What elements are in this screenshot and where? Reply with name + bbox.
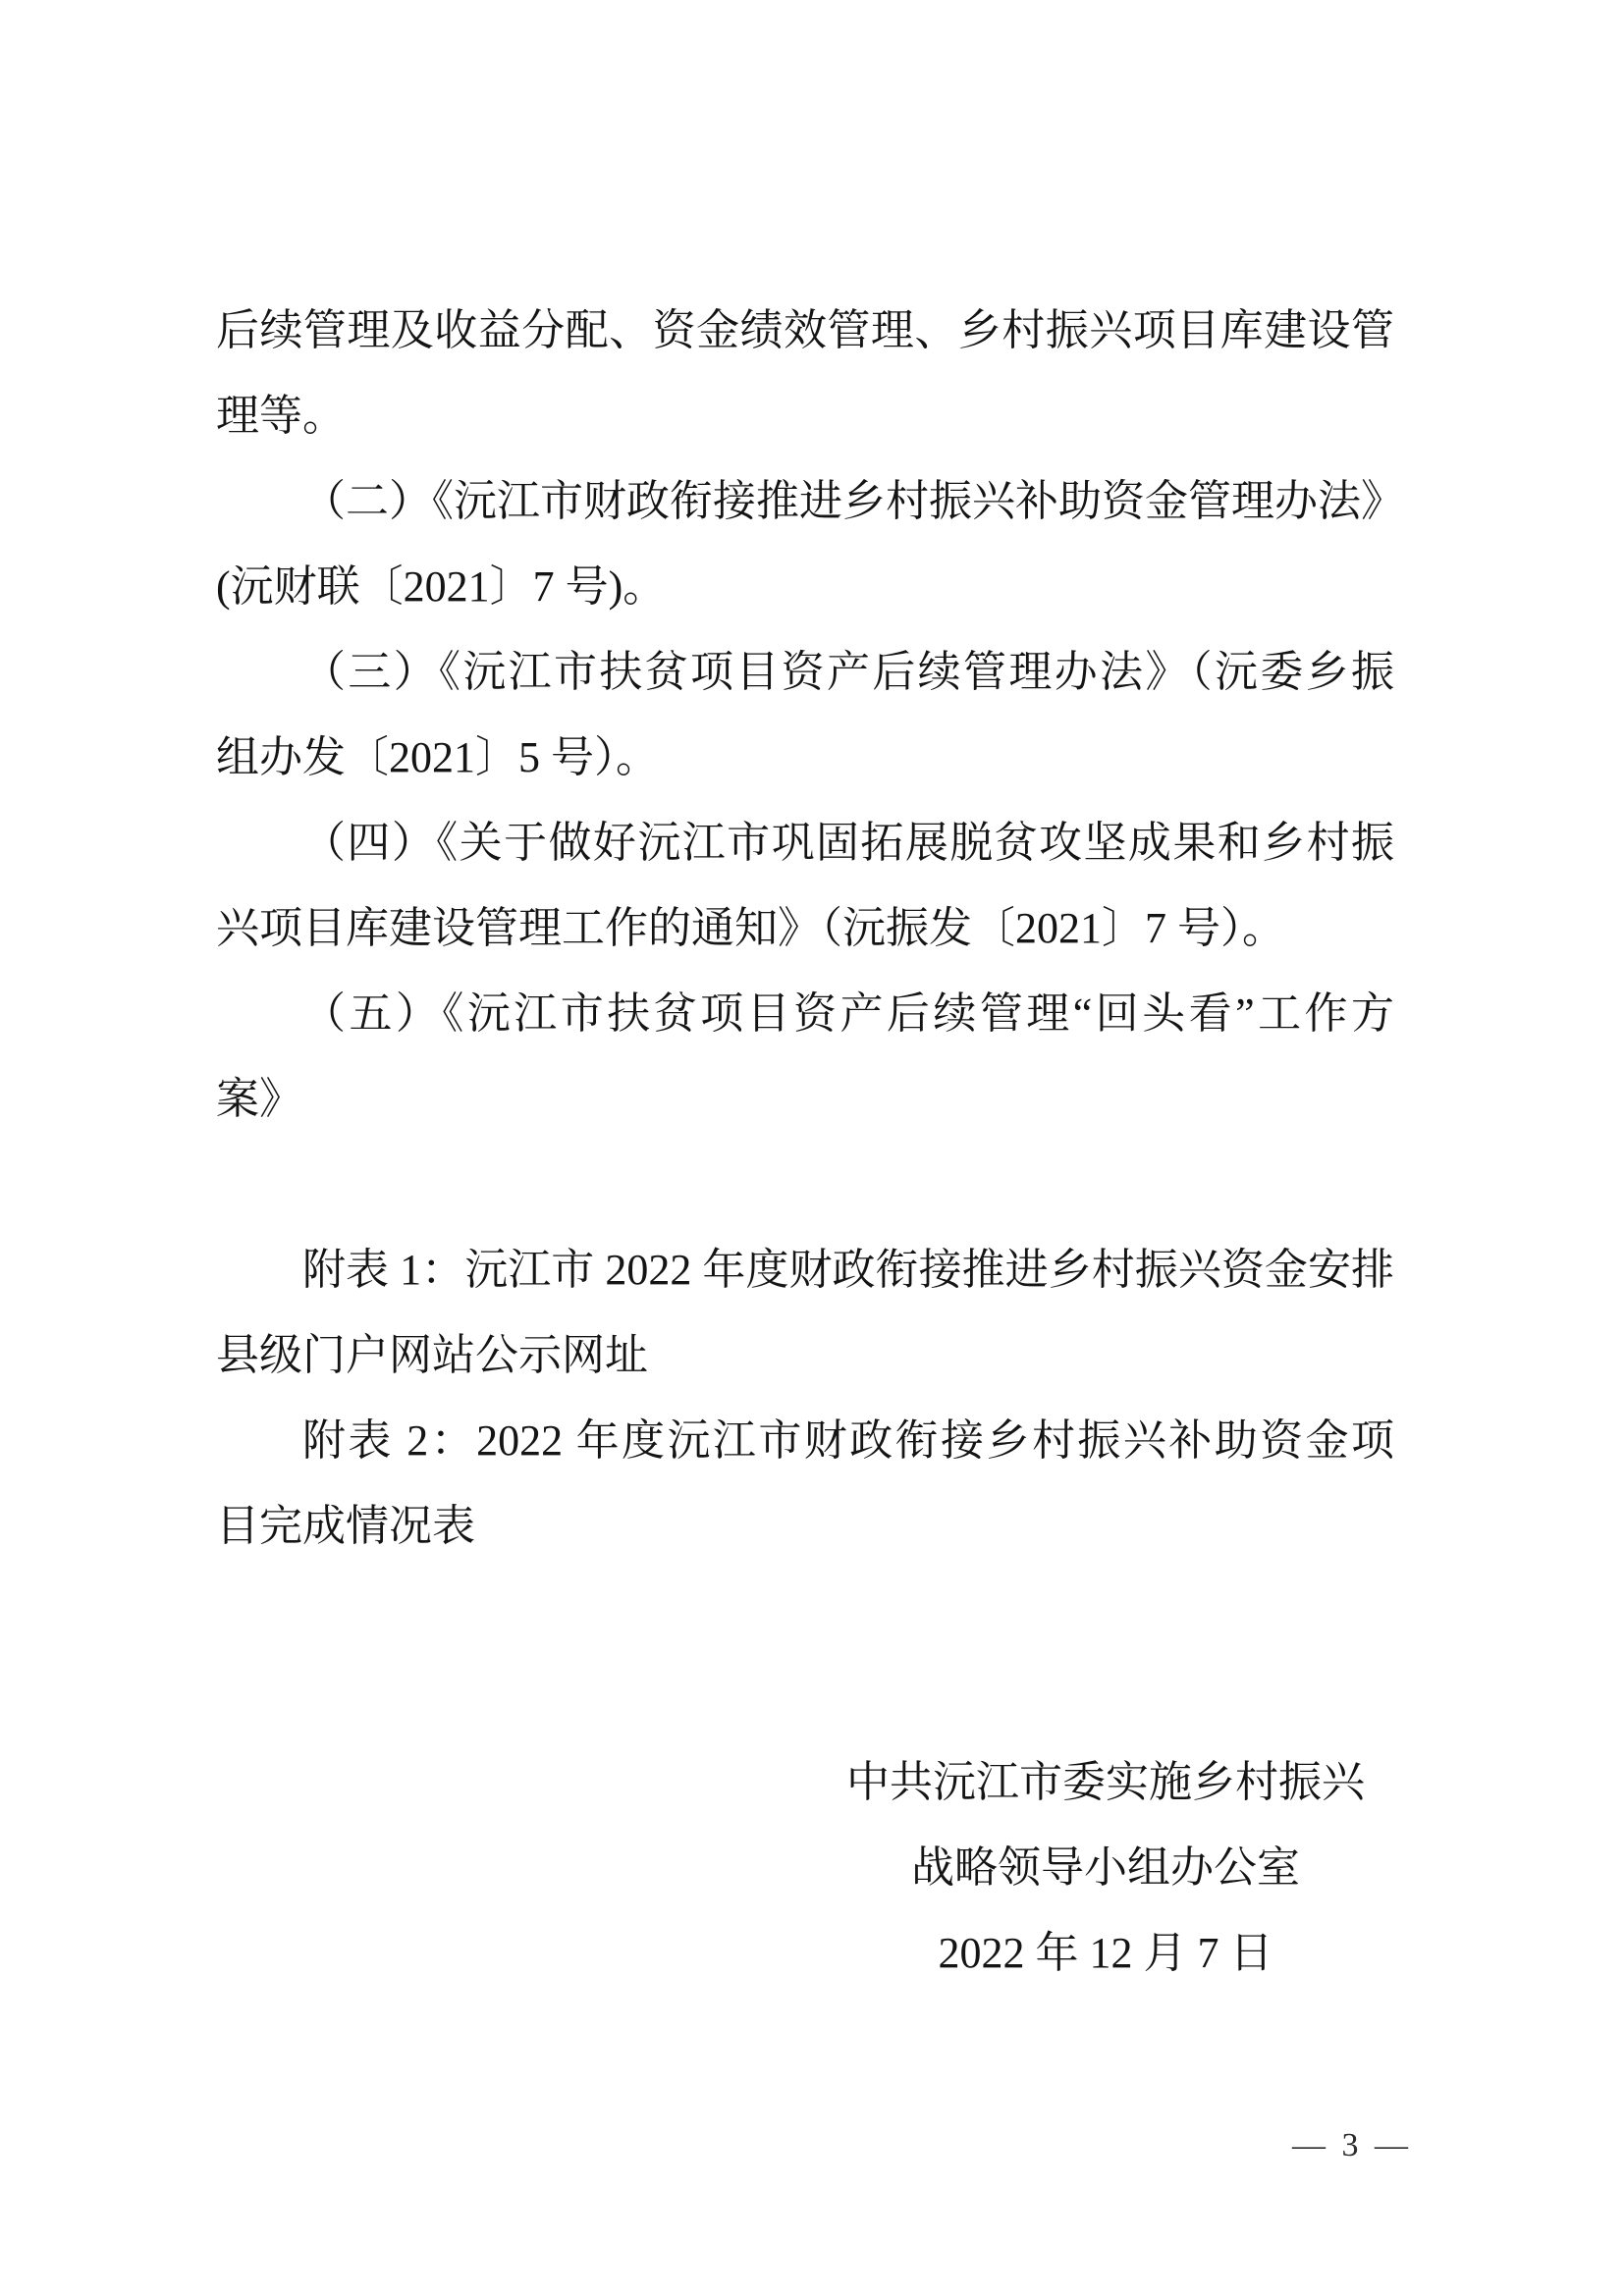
body-line: 理等。	[216, 373, 1394, 458]
body-line: （五）《沅江市扶贫项目资产后续管理“回头看”工作方	[216, 971, 1394, 1056]
body-line: 组办发〔2021〕5 号）。	[216, 715, 1394, 800]
signature-block: 中共沅江市委实施乡村振兴 战略领导小组办公室 2022 年 12 月 7 日	[811, 1739, 1400, 1996]
body-line: （四）《关于做好沅江市巩固拓展脱贫攻坚成果和乡村振	[216, 800, 1394, 885]
document-page: 后续管理及收益分配、资金绩效管理、乡村振兴项目库建设管 理等。 （二）《沅江市财…	[0, 0, 1624, 2296]
body-line: (沅财联〔2021〕7 号)。	[216, 544, 1394, 629]
body-line: （三）《沅江市扶贫项目资产后续管理办法》（沅委乡振	[216, 629, 1394, 715]
attachment-note-line: 附表 1：沅江市 2022 年度财政衔接推进乡村振兴资金安排	[216, 1227, 1394, 1312]
attachment-note-line: 县级门户网站公示网址	[216, 1312, 1394, 1398]
blank-line	[216, 1654, 1394, 1739]
attachment-note-line: 附表 2：2022 年度沅江市财政衔接乡村振兴补助资金项	[216, 1398, 1394, 1483]
document-body: 后续管理及收益分配、资金绩效管理、乡村振兴项目库建设管 理等。 （二）《沅江市财…	[216, 288, 1394, 1996]
signature-org-line-1: 中共沅江市委实施乡村振兴	[811, 1739, 1400, 1825]
blank-line	[216, 1569, 1394, 1654]
blank-line	[216, 1142, 1394, 1227]
body-line: 兴项目库建设管理工作的通知》（沅振发〔2021〕7 号）。	[216, 885, 1394, 971]
signature-org-line-2: 战略领导小组办公室	[811, 1825, 1400, 1910]
page-number: — 3 —	[1292, 2116, 1412, 2175]
attachment-note-line: 目完成情况表	[216, 1483, 1394, 1569]
body-line: （二）《沅江市财政衔接推进乡村振兴补助资金管理办法》	[216, 458, 1394, 544]
body-line: 后续管理及收益分配、资金绩效管理、乡村振兴项目库建设管	[216, 288, 1394, 373]
body-line: 案》	[216, 1056, 1394, 1142]
signature-date: 2022 年 12 月 7 日	[811, 1910, 1400, 1996]
